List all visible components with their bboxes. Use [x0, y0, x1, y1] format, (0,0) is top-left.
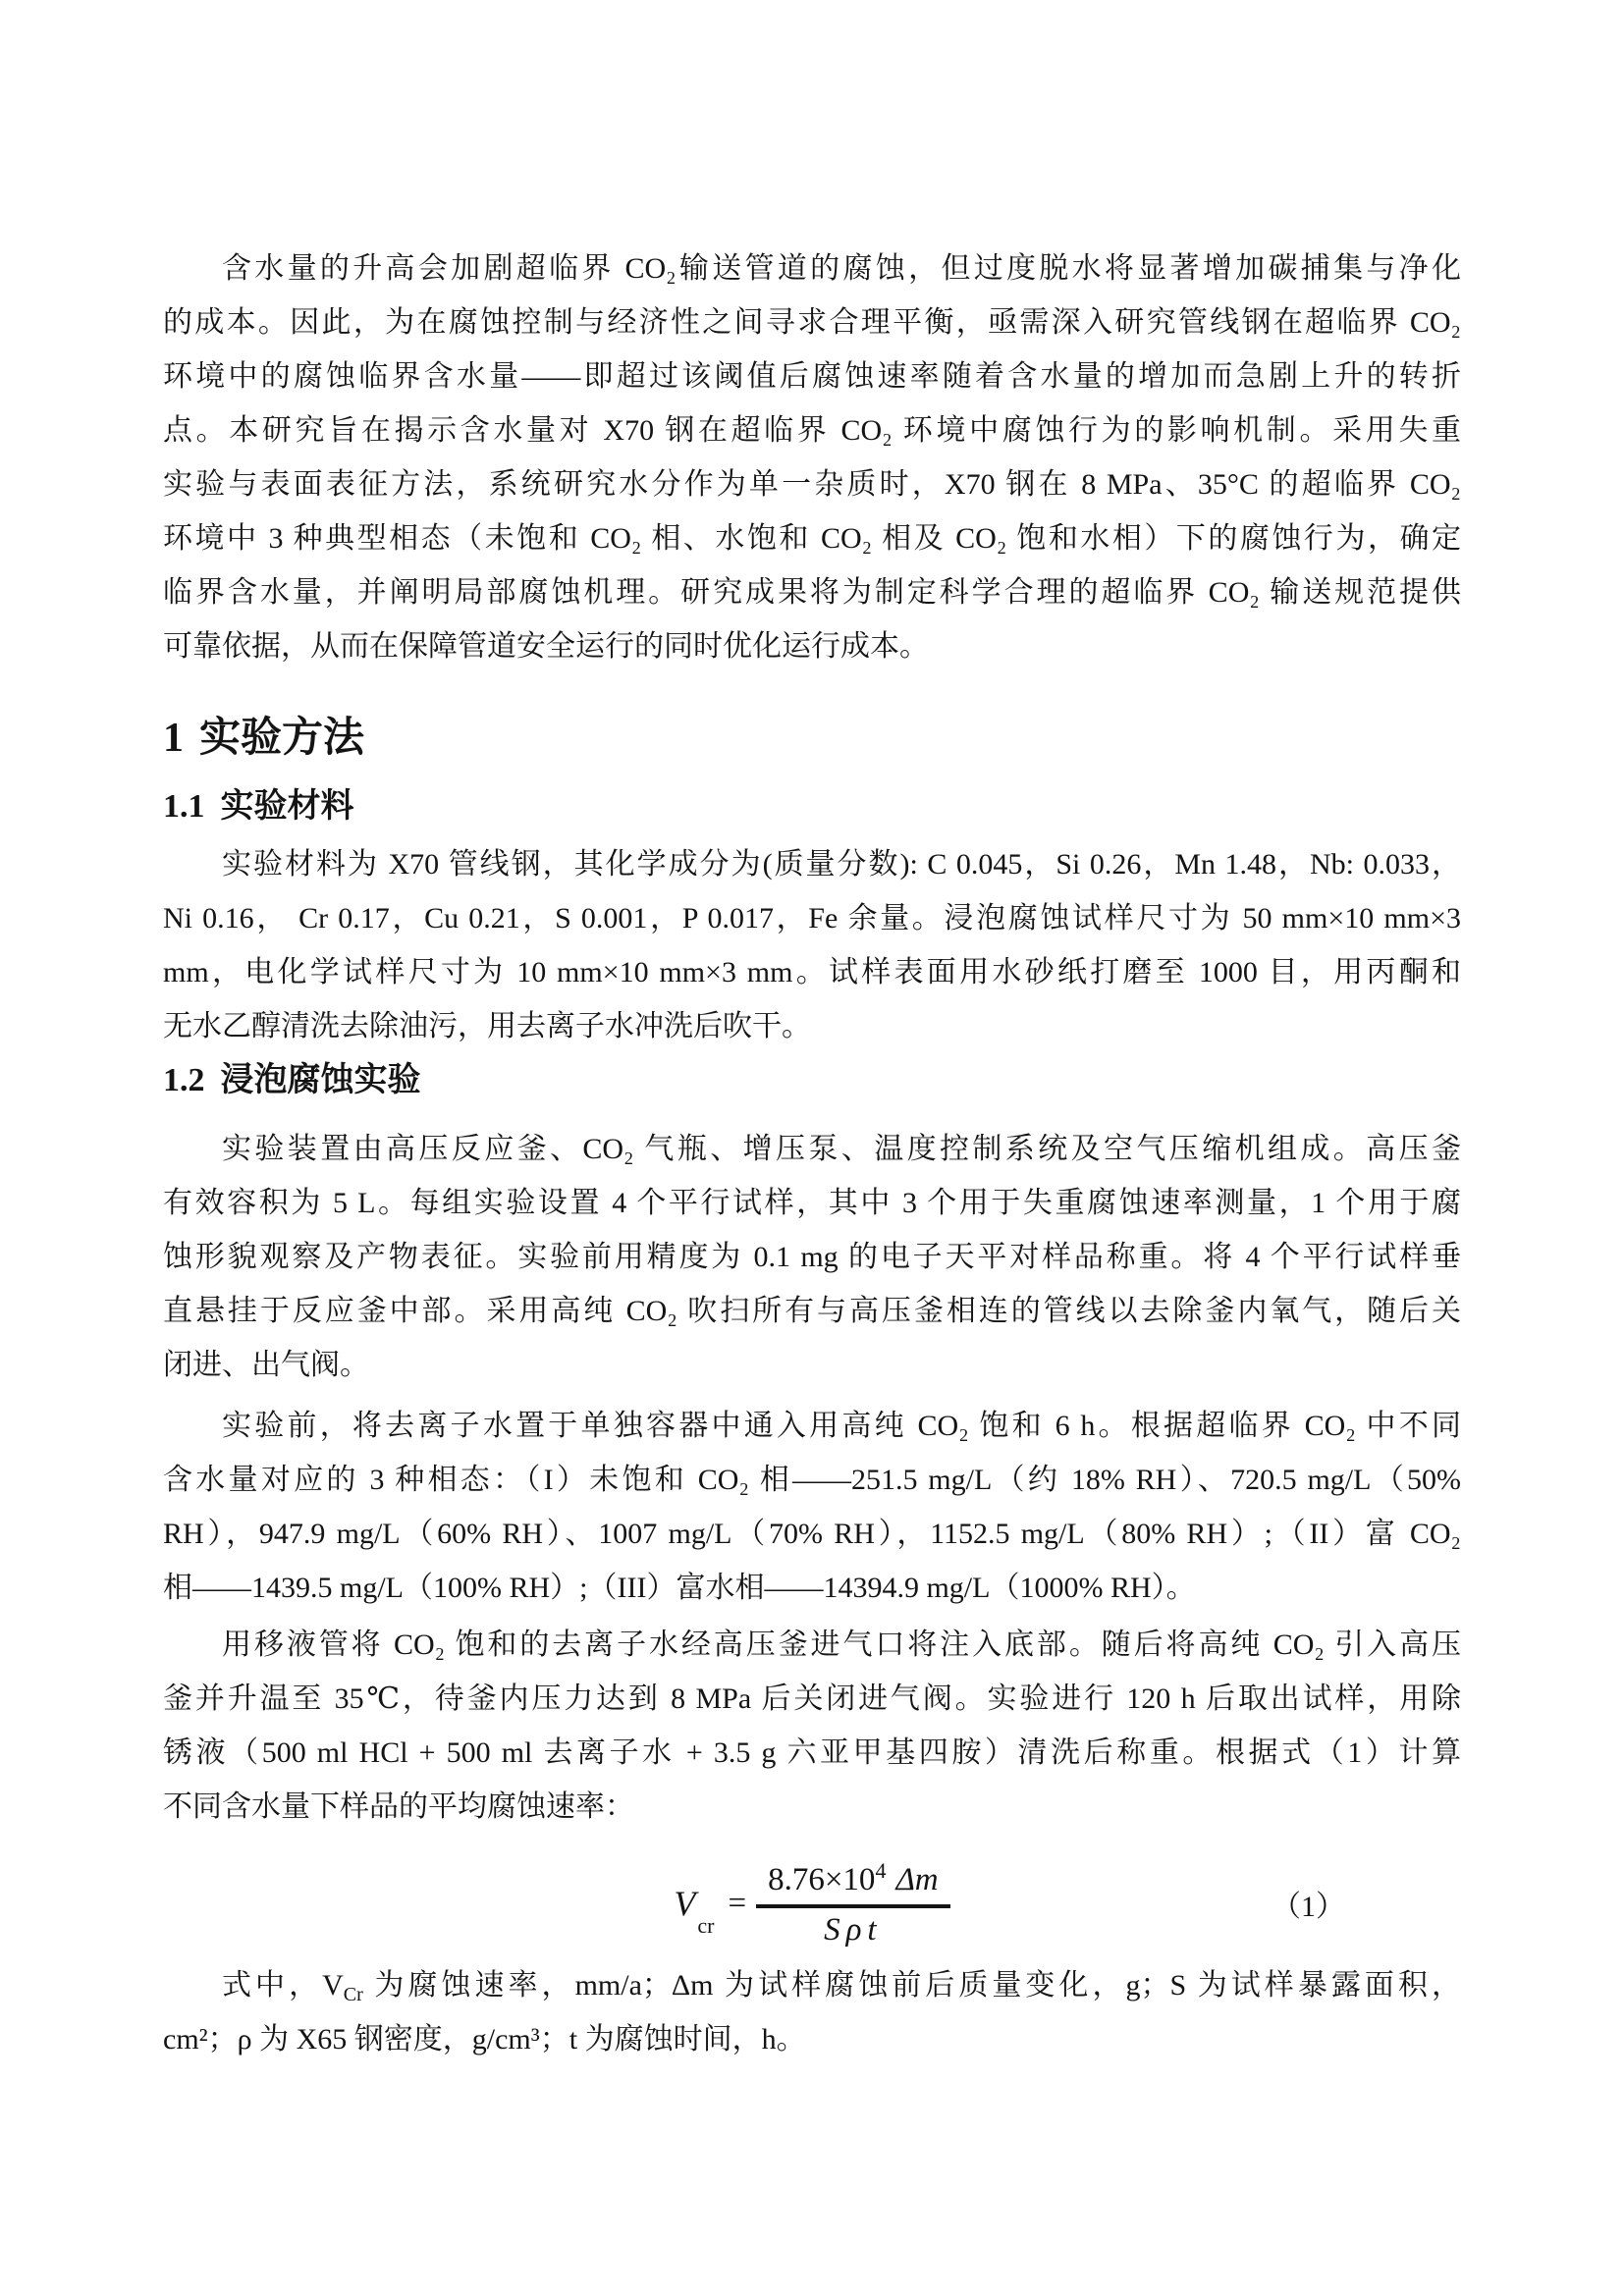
variable-v: V — [322, 1969, 344, 2002]
text-line: 有效容积为 5 L。每组实验设置 4 个平行试样，其中 3 个用于失重腐蚀速率测… — [163, 1176, 1461, 1230]
text-line: 闭进、出气阀。 — [163, 1338, 1461, 1392]
fraction-denominator: Sρt — [824, 1908, 883, 1949]
section-heading-1-2: 1.2浸泡腐蚀实验 — [163, 1059, 1461, 1102]
fraction-numerator: 8.76×104Δm — [756, 1858, 950, 1908]
fraction: 8.76×104Δm Sρt — [756, 1858, 950, 1949]
text-line: 用移液管将 CO₂ 饱和的去离子水经高压釜进气口将注入底部。随后将高纯 CO₂ … — [163, 1618, 1461, 1672]
section-number: 1.1 — [163, 788, 205, 825]
page-content: 含水量的升高会加剧超临界 CO₂输送管道的腐蚀，但过度脱水将显著增加碳捕集与净化… — [163, 0, 1461, 2066]
text-line: 直悬挂于反应釜中部。采用高纯 CO₂ 吹扫所有与高压釜相连的管线以去除釜内氧气，… — [163, 1284, 1461, 1338]
numerator-coefficient: 8.76×10 — [768, 1862, 875, 1897]
text-line: 点。本研究旨在揭示含水量对 X70 钢在超临界 CO₂ 环境中腐蚀行为的影响机制… — [163, 403, 1461, 457]
text-line: RH），947.9 mg/L（60% RH）、1007 mg/L（70% RH）… — [163, 1507, 1461, 1561]
notes-paragraph: 式中，VCr 为腐蚀速率，mm/a；Δm 为试样腐蚀前后质量变化，g；S 为试样… — [163, 1958, 1461, 2066]
apparatus-paragraph: 实验装置由高压反应釜、CO₂ 气瓶、增压泵、温度控制系统及空气压缩机组成。高压釜… — [163, 1122, 1461, 1392]
equation-number: （1） — [1272, 1882, 1345, 1925]
text-line: 釜并升温至 35℃，待釜内压力达到 8 MPa 后关闭进气阀。实验进行 120 … — [163, 1672, 1461, 1726]
text-line: Ni 0.16， Cr 0.17，Cu 0.21，S 0.001，P 0.017… — [163, 891, 1461, 945]
corrosion-rate-formula: V cr = 8.76×104Δm Sρt — [674, 1858, 949, 1949]
text-line: 实验装置由高压反应釜、CO₂ 气瓶、增压泵、温度控制系统及空气压缩机组成。高压釜 — [163, 1122, 1461, 1176]
numerator-exponent: 4 — [875, 1858, 886, 1883]
equation-1: V cr = 8.76×104Δm Sρt （1） — [163, 1849, 1461, 1957]
numerator-variable: Δm — [895, 1862, 938, 1897]
procedure-paragraph: 用移液管将 CO₂ 饱和的去离子水经高压釜进气口将注入底部。随后将高纯 CO₂ … — [163, 1618, 1461, 1834]
formula-variable-v: V — [674, 1883, 695, 1924]
text-line: 环境中的腐蚀临界含水量——即超过该阈值后腐蚀速率随着含水量的增加而急剧上升的转折 — [163, 349, 1461, 403]
phases-paragraph: 实验前，将去离子水置于单独容器中通入用高纯 CO₂ 饱和 6 h。根据超临界 C… — [163, 1399, 1461, 1615]
text-line: 实验与表面表征方法，系统研究水分作为单一杂质时，X70 钢在 8 MPa、35°… — [163, 457, 1461, 511]
text-line: 锈液（500 ml HCl + 500 ml 去离子水 + 3.5 g 六亚甲基… — [163, 1726, 1461, 1780]
section-heading-1: 1实验方法 — [163, 715, 1461, 762]
text-line: 式中，VCr 为腐蚀速率，mm/a；Δm 为试样腐蚀前后质量变化，g；S 为试样… — [163, 1958, 1461, 2012]
text-line: 不同含水量下样品的平均腐蚀速率： — [163, 1780, 1461, 1834]
text-line: mm，电化学试样尺寸为 10 mm×10 mm×3 mm。试样表面用水砂纸打磨至… — [163, 945, 1461, 999]
section-title: 浸泡腐蚀实验 — [221, 1062, 421, 1098]
intro-paragraph: 含水量的升高会加剧超临界 CO₂输送管道的腐蚀，但过度脱水将显著增加碳捕集与净化… — [163, 241, 1461, 673]
text-line: 临界含水量，并阐明局部腐蚀机理。研究成果将为制定科学合理的超临界 CO₂ 输送规… — [163, 565, 1461, 619]
text-line: 无水乙醇清洗去除油污，用去离子水冲洗后吹干。 — [163, 999, 1461, 1053]
text-line: 实验材料为 X70 管线钢，其化学成分为(质量分数): C 0.045，Si 0… — [163, 837, 1461, 891]
text-line: 蚀形貌观察及产物表征。实验前用精度为 0.1 mg 的电子天平对样品称重。将 4… — [163, 1230, 1461, 1284]
section-title: 实验方法 — [199, 716, 364, 761]
text-line: 的成本。因此，为在腐蚀控制与经济性之间寻求合理平衡，亟需深入研究管线钢在超临界 … — [163, 295, 1461, 349]
section-heading-1-1: 1.1实验材料 — [163, 785, 1461, 828]
text-line: 环境中 3 种典型相态（未饱和 CO₂ 相、水饱和 CO₂ 相及 CO₂ 饱和水… — [163, 511, 1461, 565]
section-number: 1 — [163, 716, 184, 761]
formula-variable-subscript: cr — [697, 1913, 714, 1939]
materials-paragraph: 实验材料为 X70 管线钢，其化学成分为(质量分数): C 0.045，Si 0… — [163, 837, 1461, 1053]
equals-sign: = — [728, 1886, 746, 1922]
text-segment: 为腐蚀速率，mm/a；Δm 为试样腐蚀前后质量变化，g；S 为试样暴露面积， — [363, 1969, 1461, 2002]
text-line: 实验前，将去离子水置于单独容器中通入用高纯 CO₂ 饱和 6 h。根据超临界 C… — [163, 1399, 1461, 1453]
text-line: 相——1439.5 mg/L（100% RH）;（III）富水相——14394.… — [163, 1561, 1461, 1615]
text-line: 含水量对应的 3 种相态：（I）未饱和 CO₂ 相——251.5 mg/L（约 … — [163, 1453, 1461, 1507]
text-line: 可靠依据，从而在保障管道安全运行的同时优化运行成本。 — [163, 619, 1461, 673]
text-segment: 式中， — [222, 1969, 322, 2002]
section-title: 实验材料 — [221, 788, 354, 825]
variable-subscript: Cr — [344, 1984, 363, 2005]
text-line: 含水量的升高会加剧超临界 CO₂输送管道的腐蚀，但过度脱水将显著增加碳捕集与净化 — [163, 241, 1461, 295]
page: { "intro": { "lines": [ "含水量的升高会加剧超临界 CO… — [0, 0, 1624, 2296]
text-line: cm²；ρ 为 X65 钢密度，g/cm³；t 为腐蚀时间，h。 — [163, 2012, 1461, 2066]
section-number: 1.2 — [163, 1062, 205, 1098]
